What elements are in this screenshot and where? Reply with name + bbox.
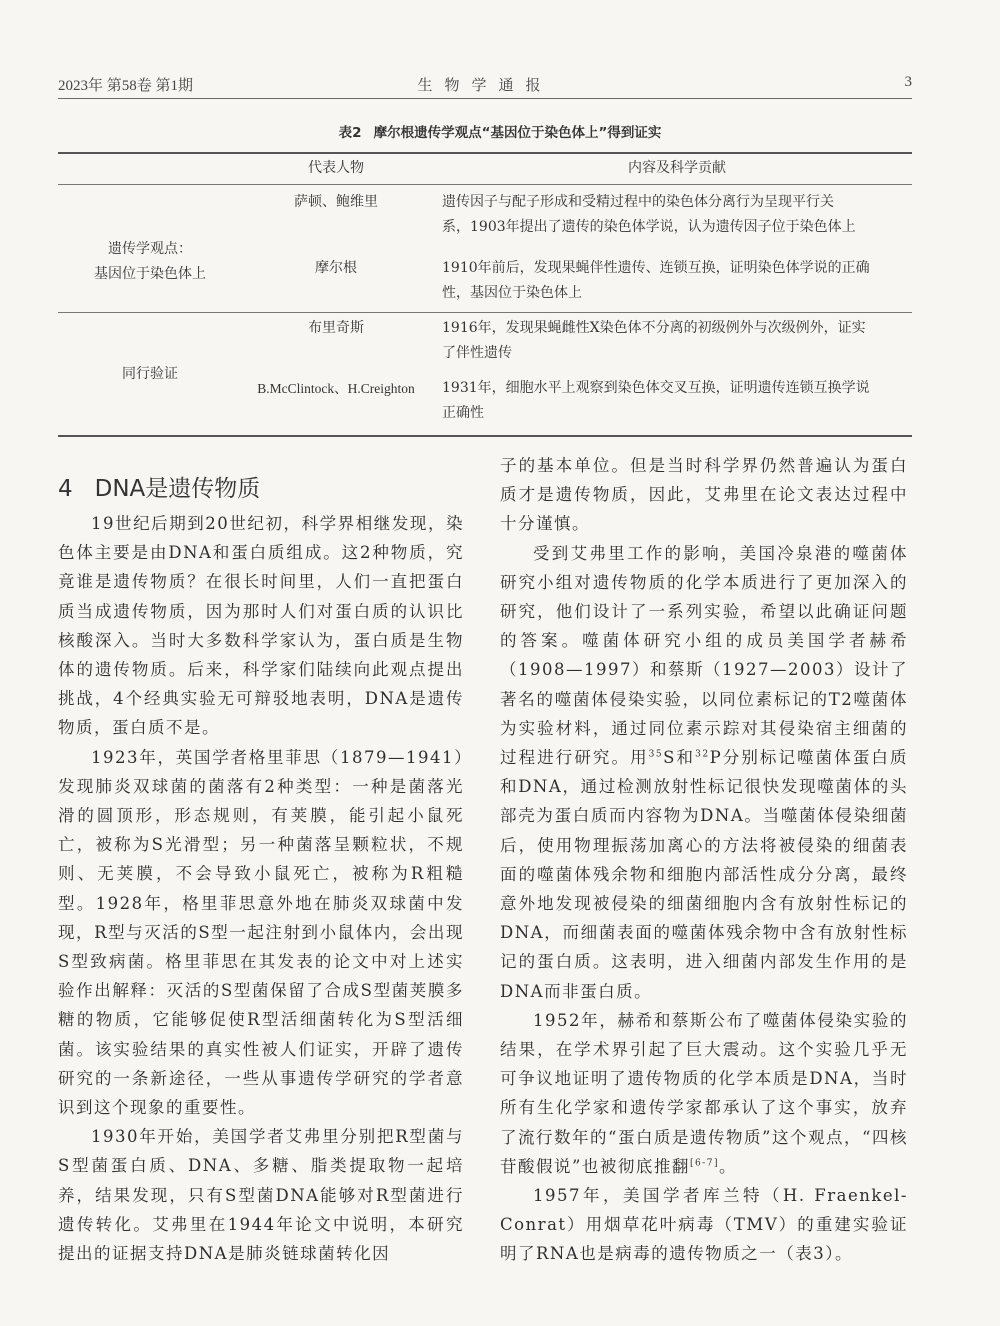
table-caption: 表2摩尔根遗传学观点“基因位于染色体上”得到证实 xyxy=(0,121,1000,141)
isotope-mass: 35 xyxy=(649,750,663,760)
section-heading: 4DNA是遗传物质 xyxy=(58,470,260,503)
table-cell-content: 1910年前后，发现果蝇伴性遗传、连锁互换，证明染色体学说的正确 性，基因位于染… xyxy=(442,256,912,306)
table-header-rule xyxy=(58,184,912,185)
table-number: 表2 xyxy=(339,125,362,141)
table-group-divider xyxy=(58,312,912,313)
table-header-person: 代表人物 xyxy=(244,156,428,181)
paragraph: 受到艾弗里工作的影响，美国冷泉港的噬菌体研究小组对遗传物质的化学本质进行了更加深… xyxy=(500,539,908,1006)
section-title: DNA是遗传物质 xyxy=(95,476,261,502)
table-cell-content: 1931年，细胞水平上观察到染色体交叉互换，证明遗传连锁互换学说 正确性 xyxy=(442,376,912,426)
journal-name: 生物学通报 xyxy=(58,74,912,95)
table-group-label: 同行验证 xyxy=(58,362,242,387)
paragraph: 1957年，美国学者库兰特（H. Fraenkel-Conrat）用烟草花叶病毒… xyxy=(500,1181,908,1269)
page-number: 3 xyxy=(905,74,913,91)
table-title: 摩尔根遗传学观点“基因位于染色体上”得到证实 xyxy=(374,125,662,141)
citation-reference[interactable]: [6-7] xyxy=(690,1158,719,1168)
table-cell-person: 布里奇斯 xyxy=(244,316,428,341)
table-header-content: 内容及科学贡献 xyxy=(442,156,912,181)
table-cell-person: 萨顿、鲍维里 xyxy=(244,190,428,215)
paragraph: 1930年开始，美国学者艾弗里分别把R型菌与S型菌蛋白质、DNA、多糖、脂类提取… xyxy=(58,1122,464,1268)
table-group-label: 遗传学观点： 基因位于染色体上 xyxy=(58,237,242,287)
paragraph: 19世纪后期到20世纪初，科学界相继发现，染色体主要是由DNA和蛋白质组成。这2… xyxy=(58,509,464,743)
body-column-left: 19世纪后期到20世纪初，科学界相继发现，染色体主要是由DNA和蛋白质组成。这2… xyxy=(58,509,464,1268)
table-cell-content: 遗传因子与配子形成和受精过程中的染色体分离行为呈现平行关 系，1903年提出了遗… xyxy=(442,190,912,240)
body-column-right: 子的基本单位。但是当时科学界仍然普遍认为蛋白质才是遗传物质，因此，艾弗里在论文表… xyxy=(500,451,908,1269)
table-top-rule xyxy=(58,152,912,154)
running-head: 2023年 第58卷 第1期 生物学通报 3 xyxy=(58,74,912,99)
table-cell-person: B.McClintock、H.Creighton xyxy=(244,376,428,401)
paragraph: 1952年，赫希和蔡斯公布了噬菌体侵染实验的结果，在学术界引起了巨大震动。这个实… xyxy=(500,1006,908,1181)
paragraph: 1923年，英国学者格里菲思（1879—1941）发现肺炎双球菌的菌落有2种类型… xyxy=(58,743,464,1123)
isotope-mass: 32 xyxy=(695,750,709,760)
table-bottom-rule xyxy=(58,435,912,437)
table-cell-person: 摩尔根 xyxy=(244,256,428,281)
table-cell-content: 1916年，发现果蝇雌性X染色体不分离的初级例外与次级例外，证实 了伴性遗传 xyxy=(442,316,912,366)
section-number: 4 xyxy=(58,476,73,502)
paragraph-continued: 子的基本单位。但是当时科学界仍然普遍认为蛋白质才是遗传物质，因此，艾弗里在论文表… xyxy=(500,451,908,539)
